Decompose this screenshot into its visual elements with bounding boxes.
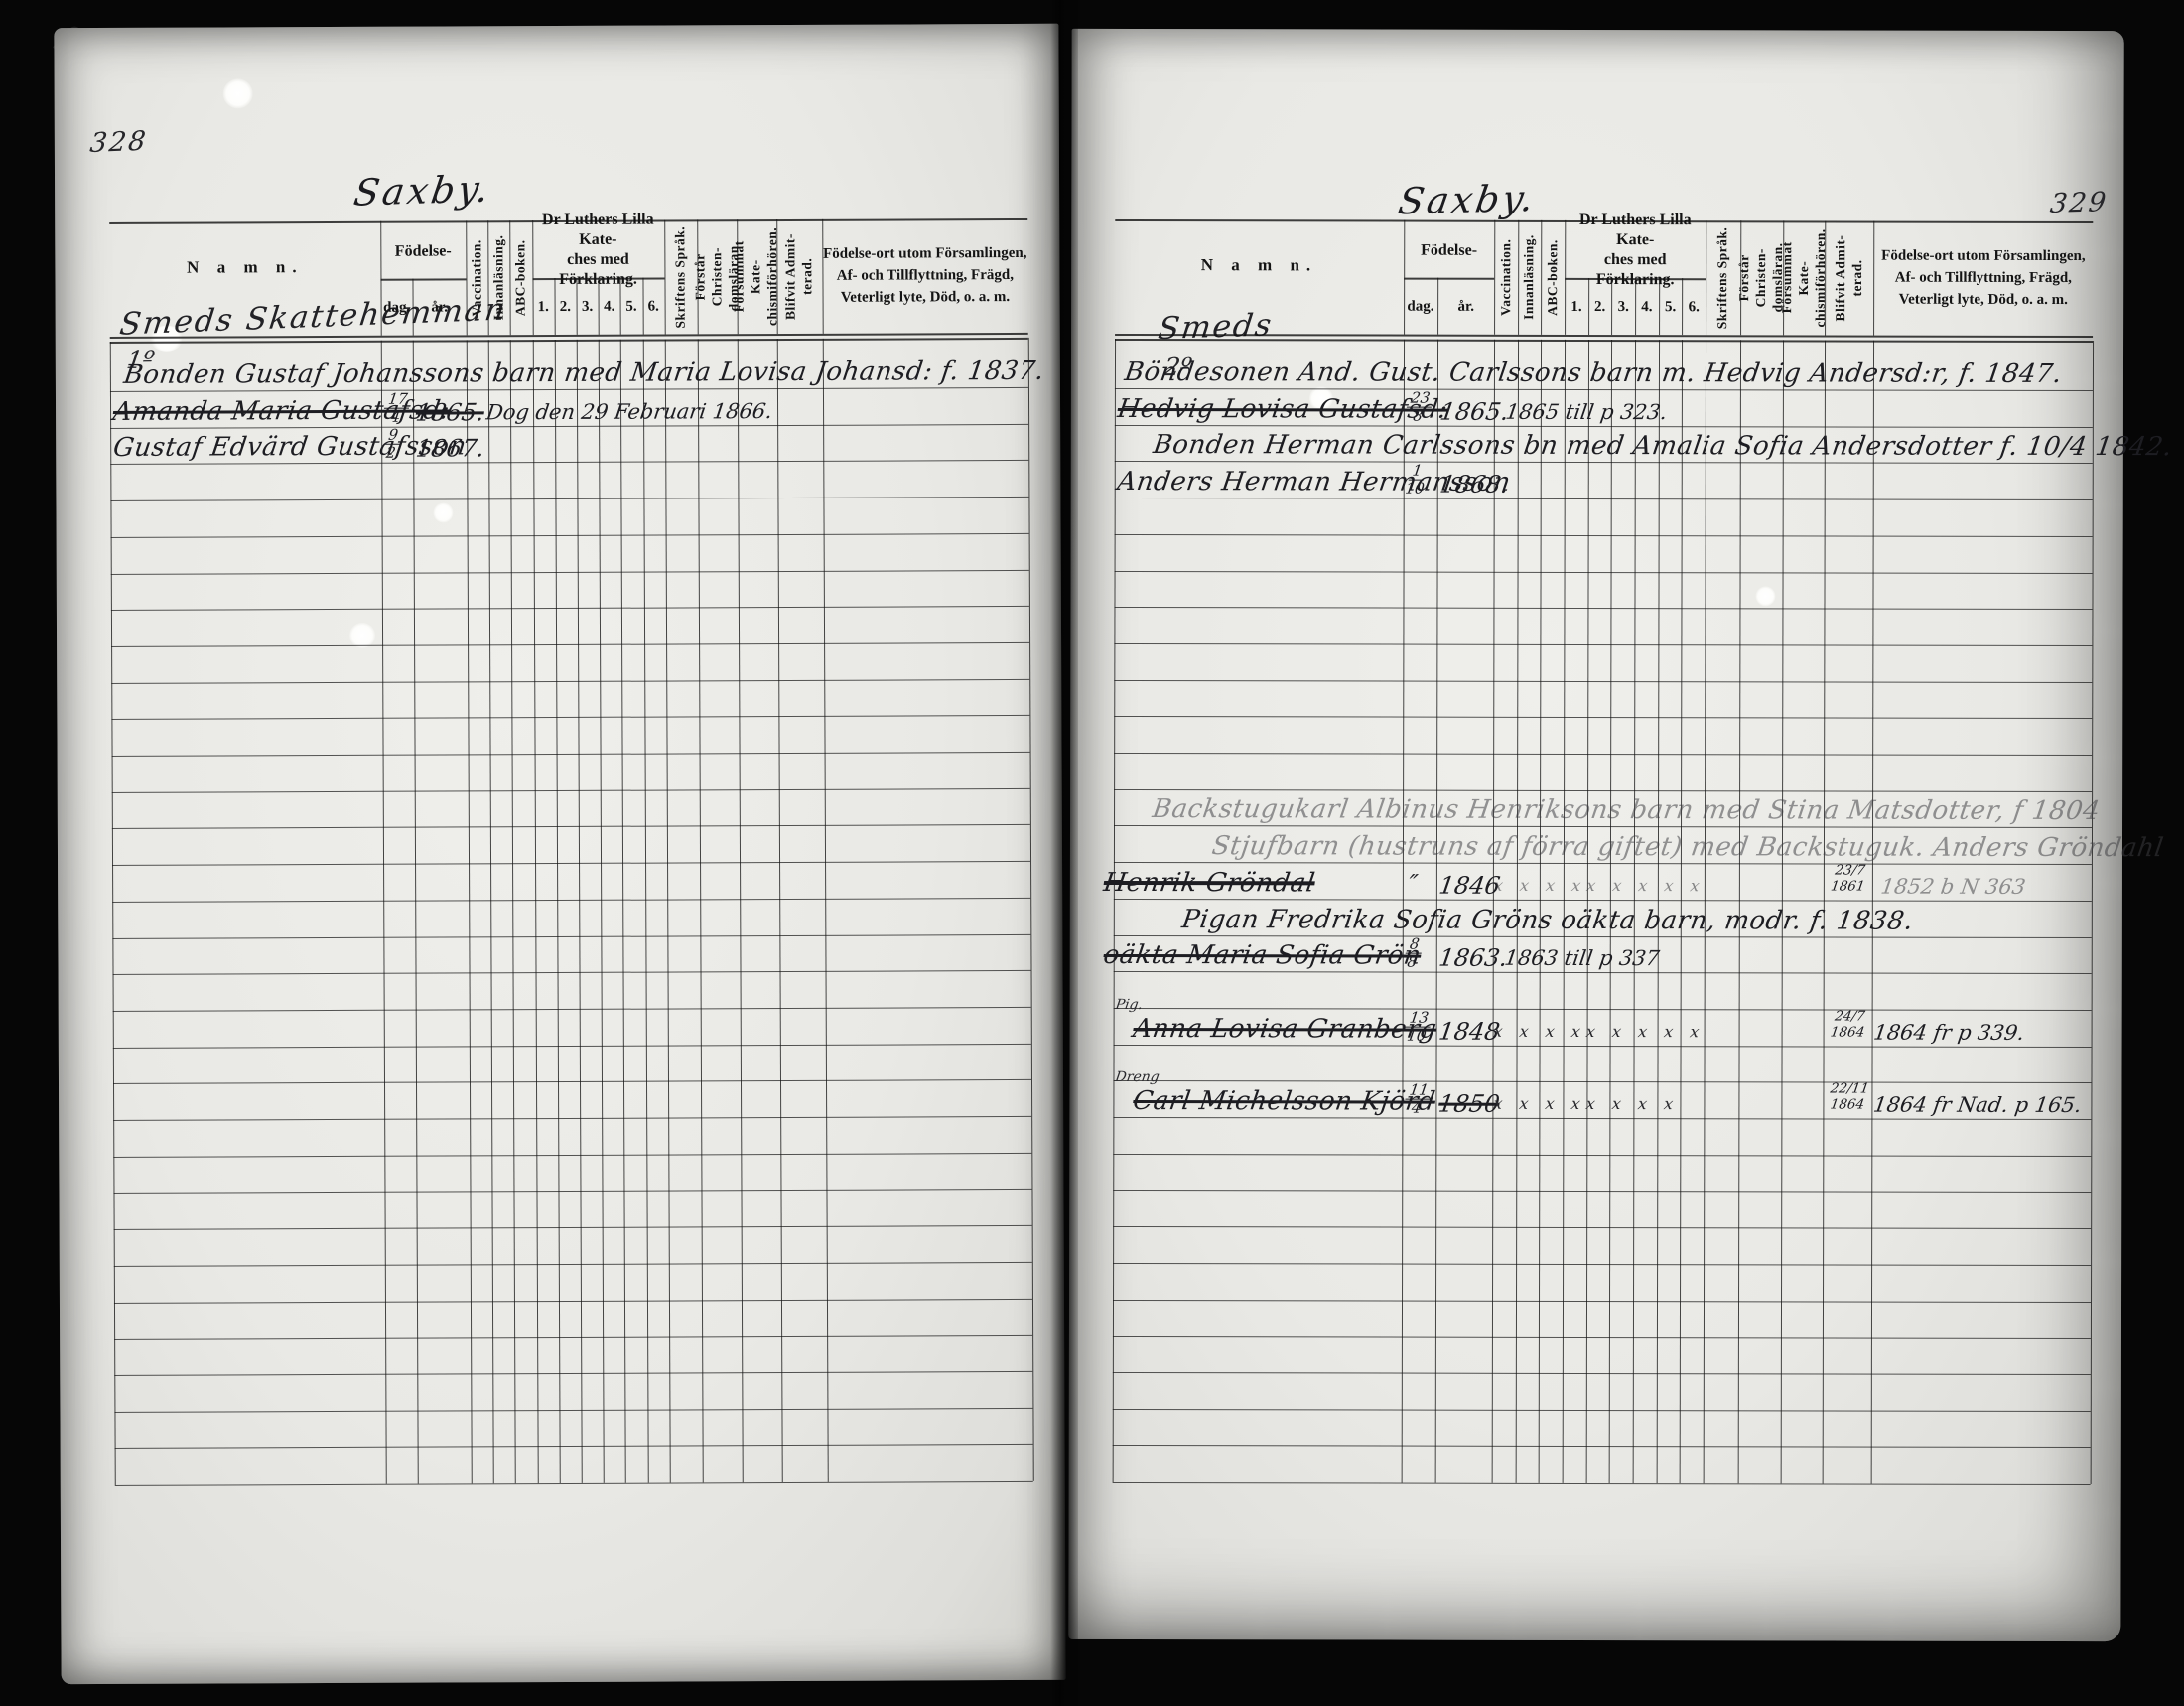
ruled-line (1114, 899, 2092, 902)
column-line (823, 339, 829, 1482)
column-header-k6: 6. (1682, 282, 1706, 332)
entry-birth-year: 1867. (414, 435, 486, 463)
ruled-line (1115, 570, 2093, 573)
entry-birth-day: 238 (1404, 390, 1433, 423)
ruled-line (111, 715, 1029, 720)
column-line (110, 342, 116, 1485)
column-header-k3: 3. (576, 282, 598, 332)
left-page: 328 Saxby. Smeds Skattehemman 1º N a m n… (54, 24, 1065, 1684)
column-line (488, 340, 494, 1483)
column-header-blifvit-admitterad: Blifvit Admit- terad. (1825, 220, 1873, 335)
ruled-line (112, 933, 1030, 938)
header-subcolumn-line (1611, 278, 1612, 335)
column-header-namn: N a m n. (1115, 245, 1404, 286)
ruled-line (111, 642, 1029, 647)
header-group-rule (1404, 278, 1495, 280)
ruled-line (114, 1262, 1032, 1267)
entry-birth-year: 1848 (1437, 1017, 1502, 1045)
ruled-line (1115, 461, 2093, 464)
ruled-line (1113, 1299, 2091, 1302)
column-header-k1: 1. (532, 282, 554, 332)
entry-birth-year: 1863. (1437, 944, 1510, 972)
entry-name: Bonden Herman Carlssons bn med Amalia So… (1152, 430, 2174, 462)
column-header-fodelse: Födelse- (1404, 228, 1495, 274)
ruled-line (1113, 1445, 2091, 1448)
parish-title: Saxby. (351, 167, 495, 213)
column-header-abc-boken: ABC-boken. (510, 220, 533, 335)
column-header-k2: 2. (1588, 282, 1612, 332)
column-header-blifvit-admitterad: Blifvit Admit- terad. (776, 219, 823, 334)
entry-name: Bonden Gustaf Johanssons barn med Maria … (122, 356, 1046, 390)
ruled-line (114, 1298, 1032, 1303)
column-line (1028, 338, 1034, 1481)
column-line (554, 340, 560, 1483)
header-bottom-rule2 (110, 338, 1028, 344)
ruled-line (1114, 643, 2092, 646)
ruled-line (111, 569, 1029, 574)
column-line (381, 341, 387, 1484)
entry-note: 1864 fr Nad. p 165. (1872, 1093, 2084, 1117)
ruled-line (115, 1444, 1033, 1449)
column-header-namn: N a m n. (109, 247, 380, 288)
ruled-line (1115, 534, 2093, 537)
column-line (510, 340, 516, 1483)
entry-birth-year: 1846 (1437, 871, 1502, 899)
entry-name: Stjufbarn (hustruns af förra giftet) med… (1209, 831, 2165, 863)
ruled-line (1113, 1117, 2091, 1120)
right-page: 329 Saxby. Smeds 2º N a m n.Födelse-dag.… (1068, 29, 2123, 1641)
entry-name: Hedvig Lovisa Gustafsd: (1116, 394, 1450, 425)
entry-note: 1864 fr p 339. (1872, 1020, 2026, 1044)
ruled-line (1113, 1154, 2091, 1157)
column-header-innanlasning: Innanläsning. (487, 220, 510, 335)
entry-admitted-date: 23/71861 (1820, 862, 1879, 894)
entry-note: 1865 till p 323. (1504, 399, 1669, 423)
column-header-forstar-christendomslaran: Förstår Christen- domsläran. (1740, 220, 1783, 335)
entry-birth-year: 1865. (414, 398, 486, 426)
entry-name: oäkta Maria Sofia Grön (1102, 940, 1424, 971)
ruled-line (112, 788, 1030, 793)
entry-name: Carl Michelsson Kjörd (1131, 1086, 1437, 1117)
entry-note: Dog den 29 Februari 1866. (485, 399, 774, 424)
book-gutter (1050, 0, 1078, 1706)
column-header-forsummat-katechismiforhoren: Försummat Kate- chismiförhören. (1783, 220, 1826, 335)
register-table: N a m n.Födelse-dag.år.Dr Luthers Lilla … (109, 218, 1033, 1493)
entry-birth-day: 114 (1403, 1083, 1433, 1116)
ruled-line (1114, 1008, 2092, 1011)
entry-birth-year: 1865. (1438, 397, 1511, 425)
ruled-line (114, 1408, 1032, 1413)
entry-name: Pigan Fredrika Sofia Gröns oäkta barn, m… (1180, 905, 1916, 936)
ruled-line (1114, 753, 2092, 756)
header-bottom-rule2 (1115, 339, 2093, 343)
column-header-k6: 6. (642, 282, 664, 332)
ruled-line (1114, 1045, 2092, 1048)
header-subcolumn-line (1682, 278, 1683, 335)
column-header-k2: 2. (554, 282, 576, 332)
column-header-ar: år. (1437, 282, 1494, 332)
entry-birth-year: 1850 (1436, 1090, 1501, 1118)
column-header-k5: 5. (620, 282, 642, 332)
entry-prefix: Pig. (1114, 997, 1144, 1013)
ruled-line (112, 898, 1030, 903)
column-line (620, 340, 626, 1483)
column-line (738, 339, 744, 1482)
register-table: N a m n.Födelse-dag.år.Dr Luthers Lilla … (1113, 219, 2094, 1493)
entry-note: 1863 till p 337 (1503, 946, 1661, 970)
ruled-line (1113, 1226, 2091, 1229)
entry-birth-day: 174 (381, 391, 411, 424)
ruled-line (1113, 1372, 2091, 1375)
ruled-line (1113, 1482, 2091, 1485)
ruled-line (114, 1335, 1032, 1340)
column-header-abc-boken: ABC-boken. (1542, 220, 1566, 335)
header-subcolumn-line (1635, 278, 1636, 335)
column-header-k1: 1. (1565, 282, 1588, 332)
column-header-fodelseort: Födelse-ort utom Församlingen,Af- och Ti… (1873, 231, 2093, 327)
ruled-line (111, 679, 1029, 684)
ruled-line (1113, 1190, 2091, 1193)
entry-birth-year: 1868. (1438, 471, 1511, 498)
column-header-innanlasning: Innanläsning. (1518, 220, 1542, 335)
ruled-line (112, 752, 1030, 757)
entry-admitted-date: 24/71864 (1819, 1008, 1878, 1040)
ruled-line (113, 1007, 1031, 1012)
column-line (413, 341, 419, 1484)
ruled-line (1114, 825, 2092, 828)
header-group-rule (380, 278, 466, 280)
ruled-line (1114, 607, 2092, 610)
ruled-line (1113, 1409, 2091, 1412)
ruled-line (113, 1116, 1031, 1121)
entry-note: 1852 b N 363 (1879, 874, 2027, 898)
ruled-line (112, 824, 1030, 829)
column-line (577, 340, 583, 1483)
column-header-kateches: Dr Luthers Lilla Kate-ches med Förklarin… (532, 224, 664, 277)
column-line (1113, 339, 1116, 1482)
column-header-vaccination: Vaccination. (466, 220, 488, 335)
ruled-line (1114, 716, 2092, 719)
ruled-line (1115, 498, 2093, 500)
entry-birth-day: ″ (1407, 869, 1420, 897)
entry-admitted-date: 22/111864 (1819, 1080, 1878, 1112)
entry-birth-day: 1310 (1403, 1010, 1433, 1043)
ruled-line (1114, 680, 2092, 683)
column-line (532, 340, 538, 1483)
entry-name: Henrik Gröndal (1102, 868, 1317, 898)
header-subcolumn-line (1659, 278, 1660, 335)
page-number: 328 (88, 126, 149, 159)
entry-prefix: Dreng (1114, 1069, 1160, 1085)
ruled-line (113, 1153, 1031, 1158)
column-header-k5: 5. (1659, 282, 1683, 332)
entry-exam-marks: x x x xx x x x x (1492, 1021, 1706, 1040)
entry-exam-marks: x x x xx x x x (1492, 1094, 1680, 1113)
column-header-fodelseort: Födelse-ort utom Församlingen,Af- och Ti… (822, 228, 1028, 325)
column-header-k3: 3. (1611, 282, 1635, 332)
header-bottom-rule (1115, 334, 2093, 338)
ruled-line (114, 1225, 1032, 1230)
ruled-line (113, 1079, 1031, 1084)
column-header-kateches: Dr Luthers Lilla Kate-ches med Förklarin… (1565, 224, 1706, 276)
ruled-line (1114, 789, 2092, 792)
column-line (599, 340, 605, 1483)
ruled-line (1115, 425, 2093, 428)
ruled-line (114, 1371, 1032, 1376)
header-subcolumn-line (1588, 278, 1589, 335)
page-number: 329 (2049, 187, 2110, 219)
column-line (642, 340, 648, 1483)
header-subcolumn-line (1437, 278, 1438, 335)
ruled-line (115, 1481, 1033, 1486)
ruled-line (111, 533, 1029, 538)
ruled-line (113, 970, 1031, 975)
ruled-line (110, 497, 1028, 501)
entry-name: Anna Lovisa Granberg (1131, 1014, 1438, 1045)
book-scan-photo: ʃ 328 Saxby. Smeds Skattehemman 1º N a m… (0, 0, 2184, 1706)
entry-birth-day: 110 (1404, 464, 1428, 497)
column-header-dag: dag. (380, 283, 413, 333)
column-header-fodelse: Födelse- (380, 228, 466, 274)
column-header-ar: år. (413, 282, 467, 332)
column-header-k4: 4. (1635, 282, 1659, 332)
ruled-line (1113, 1336, 2091, 1339)
entry-name: Backstugukarl Albinus Henriksons barn me… (1151, 794, 2102, 826)
column-header-dag: dag. (1404, 282, 1438, 332)
ruled-line (1113, 1263, 2091, 1266)
ruled-line (113, 1189, 1031, 1194)
paper-blemish (223, 78, 253, 108)
ruled-line (1113, 1080, 2091, 1083)
column-header-vaccination: Vaccination. (1494, 220, 1518, 335)
column-line (664, 340, 670, 1483)
ruled-line (111, 606, 1029, 611)
ruled-line (1114, 971, 2092, 974)
ruled-line (113, 1044, 1031, 1049)
column-line (467, 340, 473, 1483)
column-line (776, 339, 782, 1482)
entry-name: Böndesonen And. Gust. Carlssons barn m. … (1123, 357, 2064, 389)
column-header-forsummat-katechismiforhoren: Försummat Kate- chismiförhören. (737, 219, 776, 334)
column-line (2091, 341, 2094, 1484)
entry-exam-marks: x x x xx x x x x (1493, 876, 1707, 895)
column-header-k4: 4. (599, 282, 620, 332)
ruled-line (112, 861, 1030, 866)
column-line (698, 339, 704, 1482)
parish-title: Saxby. (1396, 177, 1540, 222)
